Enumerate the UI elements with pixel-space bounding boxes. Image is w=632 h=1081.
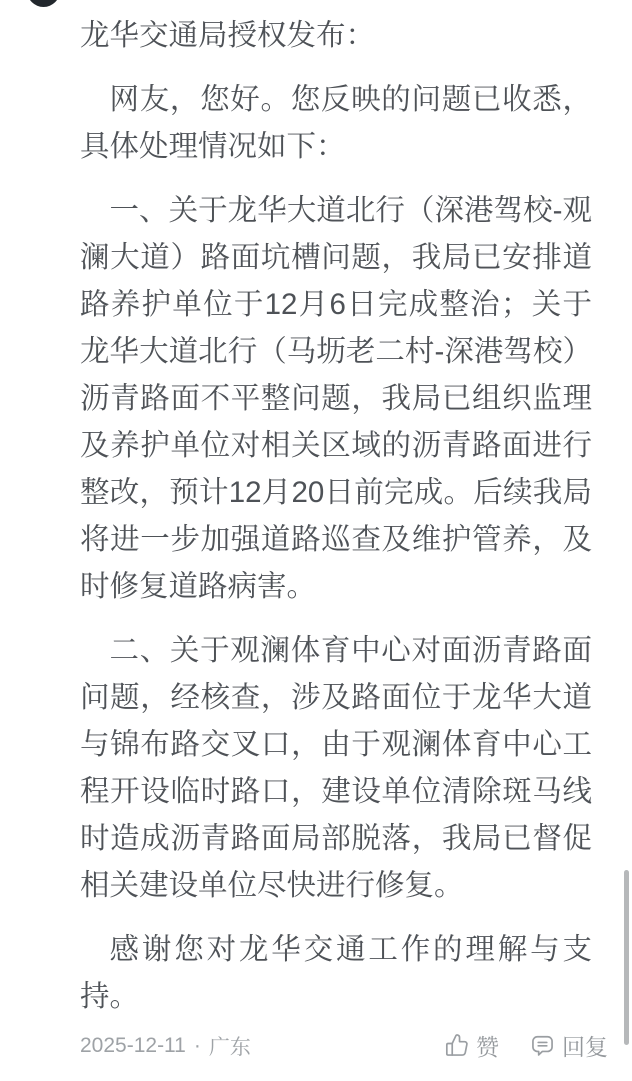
comment-paragraph-header: 龙华交通局授权发布： bbox=[80, 12, 592, 59]
comment-paragraph-thanks: 感谢您对龙华交通工作的理解与支持。 bbox=[80, 926, 592, 1020]
thumbs-up-icon bbox=[443, 1032, 470, 1059]
comment-paragraph-item2: 二、关于观澜体育中心对面沥青路面问题，经核查，涉及路面位于龙华大道与锦布路交叉口… bbox=[80, 627, 592, 909]
comment-footer: 2025-12-11 · 广东 赞 回复 bbox=[80, 1022, 608, 1069]
comment-actions: 赞 回复 bbox=[443, 1029, 608, 1062]
comment-paragraph-greeting: 网友，您好。您反映的问题已收悉，具体处理情况如下： bbox=[80, 76, 592, 170]
comment-region: 广东 bbox=[209, 1031, 251, 1061]
comment-paragraph-item1: 一、关于龙华大道北行（深港驾校-观澜大道）路面坑槽问题，我局已安排道路养护单位于… bbox=[80, 187, 592, 610]
reply-button[interactable]: 回复 bbox=[529, 1029, 608, 1062]
comment-view: 龙华交通局授权发布： 网友，您好。您反映的问题已收悉，具体处理情况如下： 一、关… bbox=[0, 0, 632, 1081]
comment-meta: 2025-12-11 · 广东 bbox=[80, 1031, 251, 1061]
comment-body: 龙华交通局授权发布： 网友，您好。您反映的问题已收悉，具体处理情况如下： 一、关… bbox=[80, 12, 592, 1037]
avatar[interactable] bbox=[27, 0, 60, 7]
meta-separator: · bbox=[194, 1034, 201, 1058]
scrollbar-thumb[interactable] bbox=[624, 870, 629, 1045]
like-label: 赞 bbox=[476, 1029, 499, 1062]
reply-bubble-icon bbox=[529, 1032, 556, 1059]
reply-label: 回复 bbox=[562, 1029, 608, 1062]
comment-date: 2025-12-11 bbox=[80, 1034, 186, 1058]
like-button[interactable]: 赞 bbox=[443, 1029, 499, 1062]
